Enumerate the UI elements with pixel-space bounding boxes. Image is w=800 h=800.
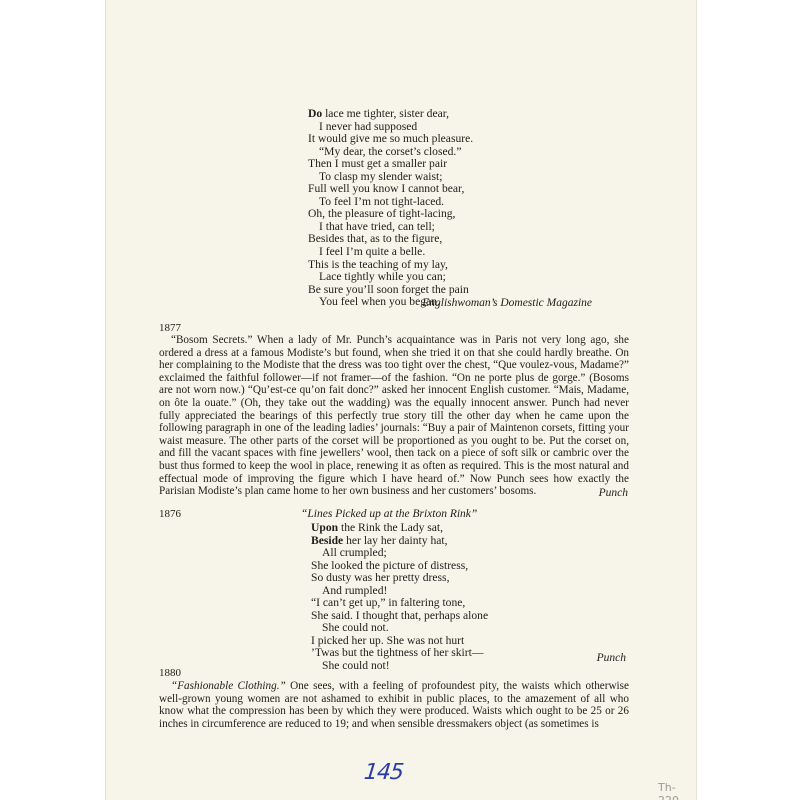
poem-line-text: She could not!: [322, 659, 390, 672]
year-1877: 1877: [159, 322, 181, 334]
poem-tight-lacing: Do lace me tighter, sister dear,I never …: [308, 108, 473, 309]
poem-brixton-rink: Upon the Rink the Lady sat,Beside her la…: [311, 522, 488, 673]
year-1880: 1880: [159, 667, 181, 679]
poem-line-text: lace me tighter, sister dear,: [322, 107, 449, 120]
poem-line-text: To feel I’m not tight-laced.: [319, 195, 444, 208]
poem-line-initial-word: Do: [308, 107, 322, 120]
poem-line-text: This is the teaching of my lay,: [308, 258, 448, 271]
entry-1877-text: “Bosom Secrets.” When a lady of Mr. Punc…: [159, 334, 629, 498]
poem-line-text: I feel I’m quite a belle.: [319, 245, 425, 258]
poem-line-initial-word: Upon: [311, 521, 338, 534]
poem-line-text: Be sure you’ll soon forget the pain: [308, 283, 469, 296]
poem-line-text: ’Twas but the tightness of her skirt—: [311, 646, 483, 659]
poem-line-text: Full well you know I cannot bear,: [308, 182, 464, 195]
year-1876: 1876: [159, 508, 181, 520]
entry-1880-text: “Fashionable Clothing.” One sees, with a…: [159, 680, 629, 730]
poem-line-text: All crumpled;: [322, 546, 387, 559]
poem-title-brixton-rink: “Lines Picked up at the Brixton Rink”: [301, 508, 477, 520]
poem-line-text: It would give me so much pleasure.: [308, 132, 473, 145]
poem-line-text: So dusty was her pretty dress,: [311, 571, 449, 584]
poem-line-text: And rumpled!: [322, 584, 387, 597]
entry-1880-title: “Fashionable Clothing.”: [171, 680, 286, 692]
poem-line-initial-word: Beside: [311, 534, 343, 547]
poem-line-text: She looked the picture of distress,: [311, 559, 468, 572]
document-page: Do lace me tighter, sister dear,I never …: [105, 0, 697, 800]
poem-line-text: She could not.: [322, 621, 389, 634]
poem-line-text: I that have tried, can tell;: [319, 220, 435, 233]
poem-line-text: her lay her dainty hat,: [343, 534, 447, 547]
poem-line-text: Then I must get a smaller pair: [308, 157, 447, 170]
poem-line: She could not!: [311, 660, 488, 673]
attribution-punch-1876: Punch: [597, 652, 626, 664]
entry-1877-body: “Bosom Secrets.” When a lady of Mr. Punc…: [159, 334, 629, 497]
poem-line-text: the Rink the Lady sat,: [338, 521, 443, 534]
poem-line-text: Oh, the pleasure of tight-lacing,: [308, 207, 455, 220]
poem-line-text: “I can’t get up,” in faltering tone,: [311, 596, 465, 609]
poem-line-text: To clasp my slender waist;: [319, 170, 442, 183]
attribution-englishwomans-domestic-magazine: Englishwoman’s Domestic Magazine: [422, 297, 592, 309]
poem-line-text: “My dear, the corset’s closed.”: [319, 145, 461, 158]
poem-line-text: I picked her up. She was not hurt: [311, 634, 464, 647]
attribution-punch-1877: Punch: [599, 487, 628, 499]
pencil-note: Th-220: [658, 781, 696, 800]
poem-line-text: Besides that, as to the figure,: [308, 232, 442, 245]
poem-line-text: She said. I thought that, perhaps alone: [311, 609, 488, 622]
poem-line-text: I never had supposed: [319, 120, 417, 133]
poem-line-text: Lace tightly while you can;: [319, 270, 446, 283]
handwritten-page-number: 145: [363, 760, 405, 785]
